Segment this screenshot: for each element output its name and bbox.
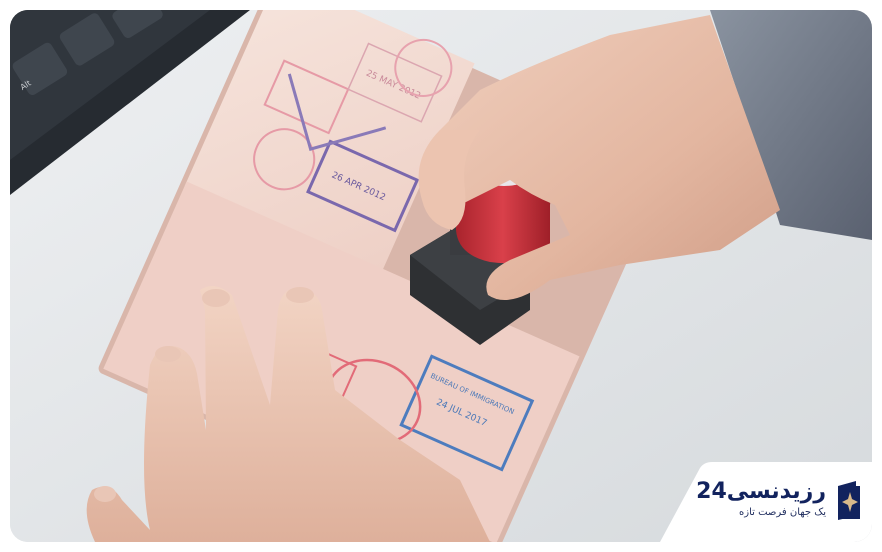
brand-logo[interactable]: رزیدنسی24 یک جهان فرصت تازه [660,462,872,542]
brand-name: رزیدنسی24 [696,480,826,504]
photo-frame: Alt 25 MAY 2012 26 APR 2012 BUREAU OF IM… [10,10,872,542]
brand-tagline: یک جهان فرصت تازه [696,506,826,519]
book-star-icon [834,480,862,520]
brand-text: رزیدنسی24 یک جهان فرصت تازه [696,480,826,519]
